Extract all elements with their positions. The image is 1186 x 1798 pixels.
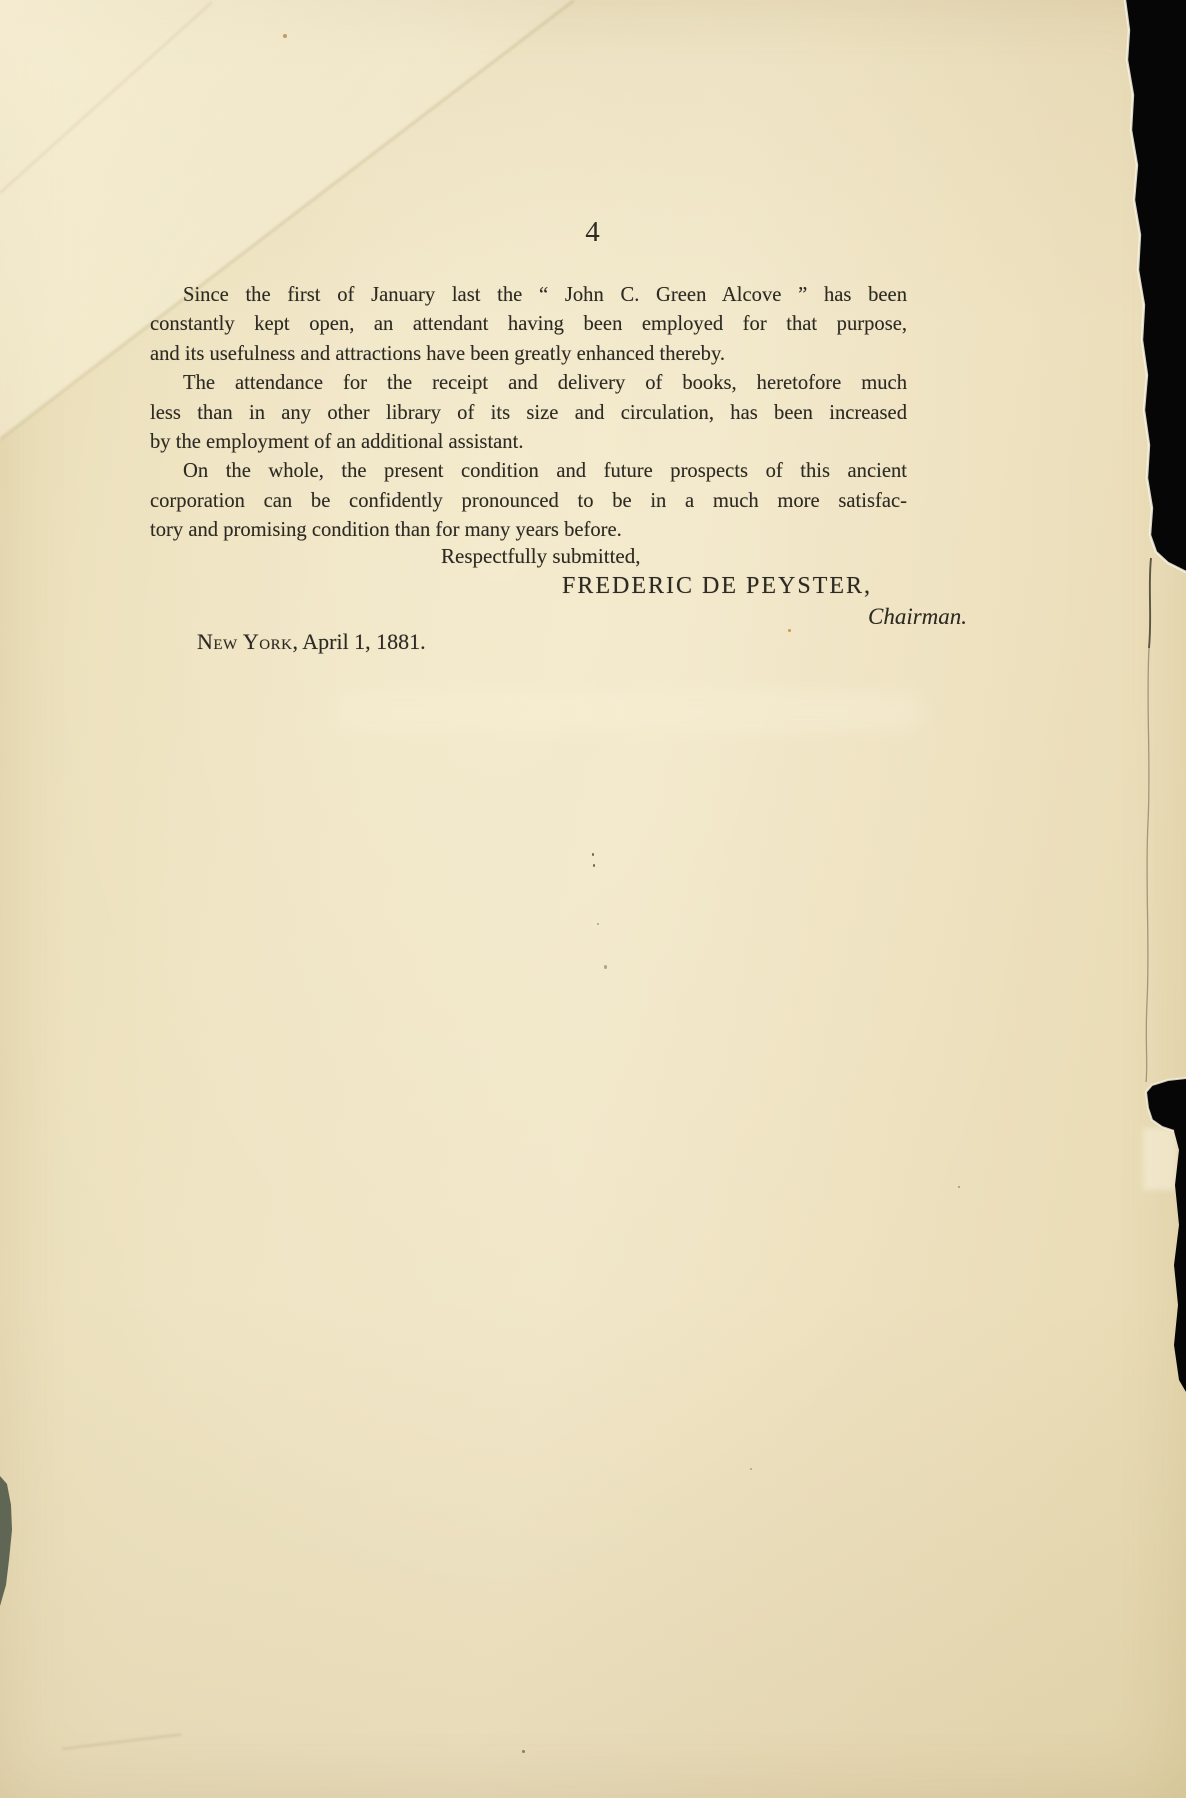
text-line: tory and promising condition than for ma… [150, 516, 907, 545]
paper-speck [592, 853, 594, 856]
ink-showthrough-band [335, 690, 925, 732]
deckle-edge-highlight-blob [1146, 1078, 1186, 1131]
body-text: Since the first of January last the “ Jo… [150, 281, 907, 546]
dateline-place: New York [197, 629, 292, 654]
scanned-document-page: 4 Since the first of January last the “ … [0, 0, 1186, 1798]
text-line: and its usefulness and attractions have … [150, 340, 907, 369]
text-line: On the whole, the present condition and … [150, 457, 907, 486]
paper-speck [958, 1186, 960, 1188]
paper-speck [593, 864, 595, 867]
text-line: corporation can be confidently pronounce… [150, 487, 907, 516]
deckle-edge-highlight [1125, 0, 1186, 572]
text-line: constantly kept open, an attendant havin… [150, 310, 907, 339]
tear-crack-dark [1149, 558, 1151, 648]
fold-crease-line-secondary [0, 2, 212, 194]
paper-speck [750, 1468, 752, 1470]
bottom-crease-line [62, 1733, 181, 1750]
scanner-black-right-blob [1146, 1078, 1186, 1392]
paper-speck [604, 965, 607, 969]
text-line: by the employment of an additional assis… [150, 428, 907, 457]
paper-speck [283, 34, 287, 38]
paper-speck [597, 923, 599, 925]
page-number: 4 [0, 216, 1186, 249]
closing-signature: FREDERIC DE PEYSTER, [562, 573, 872, 600]
closing-title: Chairman. [868, 604, 967, 630]
tear-crack-faint [1146, 648, 1149, 1082]
closing-dateline: New York, April 1, 1881. [197, 629, 426, 655]
scanner-dark-left-strip [0, 1476, 12, 1606]
paper-speck [522, 1750, 525, 1753]
closing-submitted: Respectfully submitted, [441, 544, 640, 569]
scanner-black-top-right [1125, 0, 1186, 572]
torn-under-layer [1143, 1128, 1177, 1190]
text-line: Since the first of January last the “ Jo… [150, 281, 907, 310]
scan-edge-artifacts [0, 0, 1186, 1798]
text-line: less than in any other library of its si… [150, 399, 907, 428]
paper-speck [788, 629, 791, 632]
dateline-rest: , April 1, 1881. [292, 629, 425, 654]
text-line: The attendance for the receipt and deliv… [150, 369, 907, 398]
